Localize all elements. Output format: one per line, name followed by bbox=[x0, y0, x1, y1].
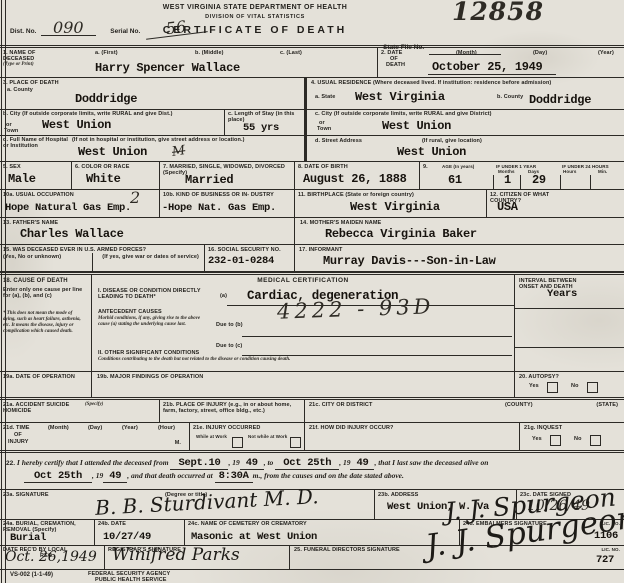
father-label: 13. FATHER'S NAME bbox=[3, 220, 58, 226]
certify-text: , to bbox=[264, 458, 274, 467]
injury-city-label: 21c. CITY OR DISTRICT bbox=[309, 402, 372, 408]
form-footer: VS-002 (1-1-49) FEDERAL SECURITY AGENCY … bbox=[0, 570, 624, 583]
hospital-value: West Union bbox=[78, 146, 147, 158]
inquest-yes-checkbox bbox=[550, 435, 561, 446]
accident-specify: (Specify) bbox=[85, 402, 103, 408]
armed-forces-divider bbox=[92, 253, 93, 271]
burial-date-label: 24b. DATE bbox=[98, 521, 126, 527]
row-place-residence: 3. PLACE OF DEATH a. County Doddridge 4.… bbox=[0, 78, 624, 110]
field-occupation: 10a. USUAL OCCUPATION 2 Hope Natural Gas… bbox=[0, 190, 160, 217]
birthplace-value: West Virginia bbox=[350, 201, 440, 213]
length-of-stay-value: 55 yrs bbox=[243, 123, 279, 134]
residence-city-label: c. City (If outside corporate limits, wr… bbox=[315, 111, 615, 117]
injury-day-label: (Day) bbox=[88, 425, 102, 431]
residence-county-value: Doddridge bbox=[529, 94, 591, 106]
cause-b-value: 4222 - 93D bbox=[277, 299, 435, 319]
hospital-paren: (If not in hospital or institution, give… bbox=[72, 137, 262, 143]
field-birthplace: 11. BIRTHPLACE (State or foreign country… bbox=[295, 190, 487, 217]
residence-county-label: b. County bbox=[497, 94, 523, 100]
funeral-director-label: 25. FUNERAL DIRECTORS SIGNATURE bbox=[294, 547, 400, 553]
operation-findings-label: 19b. MAJOR FINDINGS OF OPERATION bbox=[97, 374, 203, 380]
cemetery-value: Masonic at West Union bbox=[191, 532, 317, 543]
age-divider bbox=[493, 175, 494, 189]
field-informant: 17. INFORMANT Murray Davis---Son-in-Law bbox=[295, 245, 624, 271]
street-address-paren: (If rural, give location) bbox=[422, 138, 482, 144]
ssn-label: 16. SOCIAL SECURITY NO. bbox=[208, 247, 281, 253]
certify-no: 22. bbox=[6, 460, 15, 467]
age-label: AGE (In years) bbox=[442, 164, 474, 169]
other-conditions-sub: Conditions contributing to the death but… bbox=[98, 357, 308, 363]
row-occupation: 10a. USUAL OCCUPATION 2 Hope Natural Gas… bbox=[0, 190, 624, 218]
not-while-at-work-label: Not while at Work bbox=[248, 434, 287, 439]
age-divider bbox=[560, 175, 561, 189]
certify-text: I hereby certify that I attended the dec… bbox=[17, 458, 169, 467]
race-label: 6. COLOR OR RACE bbox=[75, 164, 129, 170]
deceased-name-value: Harry Spencer Wallace bbox=[95, 62, 240, 74]
death-certificate-scan: Dist. No. 090 Serial No. 56 WEST VIRGINI… bbox=[0, 0, 624, 583]
other-conditions-label: II. OTHER SIGNIFICANT CONDITIONS bbox=[98, 350, 199, 356]
cause-a-label: (a) bbox=[220, 293, 227, 299]
certify-text: , 19 bbox=[92, 471, 103, 480]
autopsy-no-checkbox bbox=[587, 382, 598, 393]
dod-month-label: (Month) bbox=[456, 50, 477, 56]
funeral-director-lic-value: 727 bbox=[596, 555, 614, 566]
field-time-of-injury: 21d. TIME (Month) (Day) (Year) (Hour) OF… bbox=[0, 423, 190, 450]
name-col-first: a. (First) bbox=[95, 50, 118, 56]
injury-of-label: OF bbox=[14, 432, 22, 438]
inquest-no-label: No bbox=[574, 436, 582, 442]
autopsy-yes-label: Yes bbox=[529, 383, 539, 389]
injury-year-label: (Year) bbox=[122, 425, 138, 431]
field-inquest: 21g. INQUEST Yes No bbox=[520, 423, 624, 450]
autopsy-yes-checkbox bbox=[547, 382, 558, 393]
armed-forces-paren: (If yes, give war or dates of service) bbox=[97, 254, 199, 260]
residence-city-town: Town bbox=[317, 126, 331, 132]
row-demographics: 5. SEX Male 6. COLOR OR RACE White 7. MA… bbox=[0, 162, 624, 190]
injury-time-label: 21d. TIME bbox=[3, 425, 30, 431]
funeral-director-lic-label: LIC. NO. bbox=[601, 547, 620, 552]
dod-day-label: (Day) bbox=[533, 50, 547, 56]
age-no: 9. bbox=[423, 164, 428, 170]
certificate-title: CERTIFICATE OF DEATH bbox=[140, 25, 370, 36]
field-autopsy: 20. AUTOPSY? Yes No bbox=[515, 372, 624, 397]
race-value: White bbox=[86, 173, 121, 185]
place-city-label: b. City (If outside corporate limits, wr… bbox=[3, 111, 221, 117]
inquest-no-checkbox bbox=[590, 435, 601, 446]
informant-label: 17. INFORMANT bbox=[299, 247, 342, 253]
department-name: WEST VIRGINIA STATE DEPARTMENT OF HEALTH bbox=[140, 4, 370, 12]
interval-line1 bbox=[515, 308, 624, 309]
row-name-date: 1. NAME OF DECEASED (Type or Print) a. (… bbox=[0, 48, 624, 78]
field-operation-findings: 19b. MAJOR FINDINGS OF OPERATION bbox=[92, 372, 515, 397]
field-place-city: b. City (If outside corporate limits, wr… bbox=[0, 110, 225, 135]
field-marital-status: 7. MARRIED, SINGLE, WIDOWED, DIVORCED (S… bbox=[160, 162, 295, 189]
mother-value: Rebecca Virginia Baker bbox=[325, 228, 477, 240]
due-to-c-label: Due to (c) bbox=[216, 343, 242, 349]
cause-left-column: 18. CAUSE OF DEATH Enter only one cause … bbox=[0, 275, 92, 371]
date-received-handwriting: Oct. 26,1949 bbox=[5, 547, 97, 567]
row-parents: 13. FATHER'S NAME Charles Wallace 14. MO… bbox=[0, 218, 624, 245]
injury-occurred-label: 21e. INJURY OCCURRED bbox=[193, 425, 260, 431]
row-service-ssn: 15. WAS DECEASED EVER IN U.S. ARMED FORC… bbox=[0, 245, 624, 272]
field-burial-date: 24b. DATE 10/27/49 bbox=[95, 520, 185, 545]
certify-line-2: Oct 25th, 1949, and that death occurred … bbox=[24, 469, 618, 482]
name-col-middle: b. (Middle) bbox=[195, 50, 224, 56]
street-address-label: d. Street Address bbox=[315, 138, 362, 144]
while-at-work-checkbox bbox=[232, 437, 243, 448]
field-place-of-death: 3. PLACE OF DEATH a. County Doddridge bbox=[0, 78, 305, 109]
field-burial-type: 24a. BURIAL, CREMATION, REMOVAL (Specify… bbox=[0, 520, 95, 545]
row-city: b. City (If outside corporate limits, wr… bbox=[0, 110, 624, 136]
certify-text: , and that death occurred at bbox=[127, 471, 212, 480]
place-of-death-label: 3. PLACE OF DEATH bbox=[3, 80, 59, 86]
injury-county-label: (COUNTY) bbox=[505, 402, 533, 408]
age-min-label: Min. bbox=[598, 169, 607, 174]
address-label: 23b. ADDRESS bbox=[378, 492, 418, 498]
age-divider bbox=[590, 175, 591, 189]
sex-value: Male bbox=[8, 173, 36, 185]
state-file-stamp: 12858 bbox=[452, 4, 544, 19]
inquest-yes-label: Yes bbox=[532, 436, 542, 442]
armed-forces-label: 15. WAS DECEASED EVER IN U.S. ARMED FORC… bbox=[3, 247, 201, 253]
residence-state-label: a. State bbox=[315, 94, 335, 100]
morbid-note: Morbid conditions, if any, giving rise t… bbox=[98, 316, 210, 328]
field-ssn: 16. SOCIAL SECURITY NO. 232-01-0284 bbox=[205, 245, 295, 271]
mother-label: 14. MOTHER'S MAIDEN NAME bbox=[300, 220, 381, 226]
header-title-block: WEST VIRGINIA STATE DEPARTMENT OF HEALTH… bbox=[140, 4, 370, 36]
industry-label: 10b. KIND OF BUSINESS OR IN- DUSTRY bbox=[163, 192, 289, 198]
place-county-value: Doddridge bbox=[75, 93, 137, 105]
antecedent-label: ANTECEDENT CAUSES bbox=[98, 309, 162, 315]
age-days-value: 29 bbox=[532, 174, 546, 186]
form-header: Dist. No. 090 Serial No. 56 WEST VIRGINI… bbox=[0, 0, 624, 48]
field-date-of-birth: 8. DATE OF BIRTH August 26, 1888 bbox=[295, 162, 420, 189]
age-years-value: 61 bbox=[448, 174, 462, 186]
field-how-injury-occurred: 21f. HOW DID INJURY OCCUR? bbox=[305, 423, 520, 450]
interval-line2 bbox=[515, 347, 624, 348]
field-hospital: d. Full Name of Hospital or Institution … bbox=[0, 136, 305, 161]
medical-certification-header: MEDICAL CERTIFICATION bbox=[92, 277, 514, 285]
hospital-hand-scribble: M bbox=[171, 143, 186, 160]
date-of-death-value: October 25, 1949 bbox=[428, 61, 556, 75]
registrar-signature-handwriting: Winifred Parks bbox=[112, 545, 240, 565]
place-city-value: West Union bbox=[42, 119, 111, 131]
field-father-name: 13. FATHER'S NAME Charles Wallace bbox=[0, 218, 295, 244]
signature-label: 23a. SIGNATURE bbox=[3, 492, 49, 498]
certify-text: , 19 bbox=[339, 458, 350, 467]
ssn-value: 232-01-0284 bbox=[208, 256, 274, 267]
field-place-of-injury: 21b. PLACE OF INJURY (e.g., in or about … bbox=[160, 400, 305, 422]
division-name: DIVISION OF VITAL STATISTICS bbox=[140, 14, 370, 22]
field-race: 6. COLOR OR RACE White bbox=[72, 162, 160, 189]
hospital-label: d. Full Name of Hospital or Institution bbox=[3, 137, 69, 149]
name-type-note: (Type or Print) bbox=[3, 62, 34, 68]
disease-condition-label: I. DISEASE OR CONDITION DIRECTLY LEADING… bbox=[98, 288, 210, 300]
interval-column: INTERVAL BETWEEN ONSET AND DEATH Years bbox=[515, 275, 624, 371]
cause-note2: * This does not mean the mode of dying, … bbox=[3, 311, 85, 335]
cemetery-label: 24c. NAME OF CEMETERY OR CREMATORY bbox=[188, 521, 307, 527]
dod-year-label: (Year) bbox=[598, 50, 614, 56]
burial-date-value: 10/27/49 bbox=[103, 532, 151, 543]
field-age: 9. AGE (In years) IF UNDER 1 YEAR Months… bbox=[420, 162, 624, 189]
age-hours-label: Hours bbox=[563, 169, 577, 174]
dist-no-value: 090 bbox=[41, 20, 96, 36]
certify-text: , that I last saw the deceased alive on bbox=[374, 458, 488, 467]
field-injury-city: 21c. CITY OR DISTRICT (COUNTY) (STATE) bbox=[305, 400, 624, 422]
citizenship-value: USA bbox=[497, 201, 518, 213]
field-date-of-death: 2. DATE OF DEATH (Month) (Day) (Year) Oc… bbox=[378, 48, 624, 77]
inquest-label: 21g. INQUEST bbox=[524, 425, 562, 431]
not-while-at-work-checkbox bbox=[290, 437, 301, 448]
field-name-of-deceased: 1. NAME OF DECEASED (Type or Print) a. (… bbox=[0, 48, 378, 77]
autopsy-label: 20. AUTOPSY? bbox=[519, 374, 559, 380]
last-seen-value: Oct 25th bbox=[24, 470, 92, 483]
birthplace-label: 11. BIRTHPLACE (State or foreign country… bbox=[298, 192, 414, 198]
injury-month-label: (Month) bbox=[48, 425, 69, 431]
field-sex: 5. SEX Male bbox=[0, 162, 72, 189]
row-operation: 19a. DATE OF OPERATION 19b. MAJOR FINDIN… bbox=[0, 372, 624, 397]
field-usual-residence: 4. USUAL RESIDENCE (Where deceased lived… bbox=[305, 78, 624, 109]
place-of-injury-label: 21b. PLACE OF INJURY (e.g., in or about … bbox=[163, 402, 299, 414]
field-street-address: d. Street Address (If rural, give locati… bbox=[305, 136, 624, 161]
due-to-b-label: Due to (b) bbox=[216, 322, 243, 328]
dob-label: 8. DATE OF BIRTH bbox=[298, 164, 348, 170]
age-months-value: 1 bbox=[504, 174, 511, 186]
date-of-operation-label: 19a. DATE OF OPERATION bbox=[3, 374, 87, 380]
residence-state-value: West Virginia bbox=[355, 91, 445, 103]
occupation-label: 10a. USUAL OCCUPATION bbox=[3, 192, 74, 198]
accident-label: 21a. ACCIDENT SUICIDE HOMICIDE bbox=[3, 402, 73, 414]
industry-value: -Hope Nat. Gas Emp. bbox=[162, 203, 276, 214]
how-injury-label: 21f. HOW DID INJURY OCCUR? bbox=[309, 425, 394, 431]
row-hospital-street: d. Full Name of Hospital or Institution … bbox=[0, 136, 624, 162]
county-label: a. County bbox=[7, 87, 33, 93]
dob-value: August 26, 1888 bbox=[303, 173, 407, 185]
form-code: VS-002 (1-1-49) bbox=[10, 572, 53, 580]
injury-injury-label: INJURY bbox=[8, 439, 29, 445]
row-injury-time: 21d. TIME (Month) (Day) (Year) (Hour) OF… bbox=[0, 423, 624, 450]
while-at-work-label: While at Work bbox=[196, 434, 227, 439]
burial-value: Burial bbox=[10, 533, 46, 544]
cause-note1: Enter only one cause per line for (a), (… bbox=[3, 287, 85, 299]
field-mother-name: 14. MOTHER'S MAIDEN NAME Rebecca Virgini… bbox=[295, 218, 624, 244]
cause-c-line bbox=[242, 355, 512, 356]
field-accident-type: 21a. ACCIDENT SUICIDE HOMICIDE (Specify) bbox=[0, 400, 160, 422]
field-citizenship: 12. CITIZEN OF WHAT COUNTRY? USA bbox=[487, 190, 624, 217]
row-cause-of-death: 18. CAUSE OF DEATH Enter only one cause … bbox=[0, 272, 624, 372]
field-industry: 10b. KIND OF BUSINESS OR IN- DUSTRY -Hop… bbox=[160, 190, 295, 217]
serial-no-label: Serial No. bbox=[110, 28, 140, 35]
marital-value: Married bbox=[185, 174, 233, 186]
last-seen-year: 49 bbox=[103, 470, 127, 483]
field-armed-forces: 15. WAS DECEASED EVER IN U.S. ARMED FORC… bbox=[0, 245, 205, 271]
injury-state-label: (STATE) bbox=[596, 402, 618, 408]
certify-text: , 19 bbox=[228, 458, 239, 467]
row-accident: 21a. ACCIDENT SUICIDE HOMICIDE (Specify)… bbox=[0, 397, 624, 423]
field-residence-city: c. City (If outside corporate limits, wr… bbox=[305, 110, 624, 135]
interval-value: Years bbox=[547, 289, 577, 300]
certify-line-1: 22. I hereby certify that I attended the… bbox=[6, 456, 618, 469]
usual-residence-label: 4. USUAL RESIDENCE (Where deceased lived… bbox=[311, 80, 619, 86]
cause-b-line bbox=[242, 336, 512, 337]
field-cemetery: 24c. NAME OF CEMETERY OR CREMATORY Mason… bbox=[185, 520, 460, 545]
armed-forces-sub: (Yes, No or unknown) bbox=[3, 254, 61, 260]
dist-no-label: Dist. No. bbox=[10, 28, 36, 35]
certify-text: m., from the causes and on the date stat… bbox=[253, 471, 404, 480]
sex-label: 5. SEX bbox=[3, 164, 21, 170]
occupation-value: Hope Natural Gas Emp. bbox=[5, 203, 131, 214]
father-value: Charles Wallace bbox=[20, 228, 124, 240]
informant-value: Murray Davis---Son-in-Law bbox=[323, 255, 496, 267]
field-injury-occurred: 21e. INJURY OCCURRED While at Work Not w… bbox=[190, 423, 305, 450]
injury-hour-label: (Hour) bbox=[158, 425, 175, 431]
dod-label-death: DEATH bbox=[386, 62, 405, 68]
autopsy-no-label: No bbox=[571, 383, 579, 389]
name-col-last: c. (Last) bbox=[280, 50, 302, 56]
death-time-value: 8:30A bbox=[215, 470, 253, 483]
occupation-hand-mark: 2 bbox=[130, 190, 140, 205]
age-divider bbox=[520, 175, 521, 189]
injury-m-label: M. bbox=[175, 440, 181, 446]
place-city-town: Town bbox=[4, 128, 18, 134]
cause-label: 18. CAUSE OF DEATH bbox=[3, 278, 68, 284]
residence-city-value: West Union bbox=[382, 120, 451, 132]
field-length-of-stay: c. Length of Stay (in this place) 55 yrs bbox=[225, 110, 305, 135]
field-date-of-operation: 19a. DATE OF OPERATION bbox=[0, 372, 92, 397]
medical-certification-column: MEDICAL CERTIFICATION I. DISEASE OR COND… bbox=[92, 275, 515, 371]
service-name: PUBLIC HEALTH SERVICE bbox=[95, 577, 167, 583]
street-address-value: West Union bbox=[397, 146, 466, 158]
